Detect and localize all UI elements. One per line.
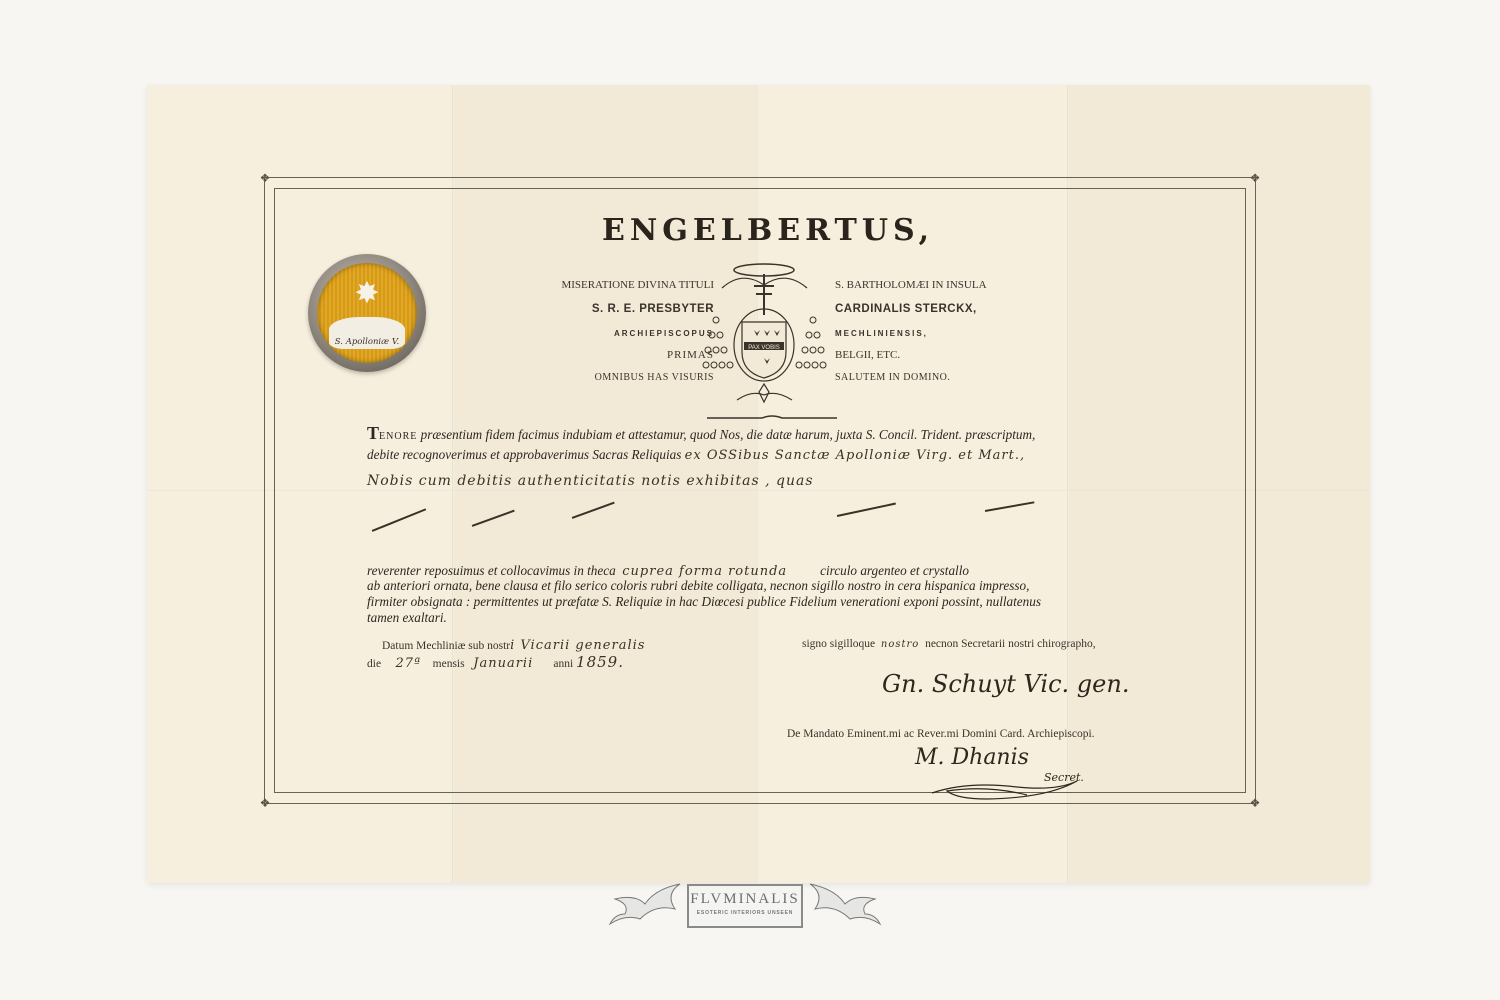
handwritten-relic-name: ex OSSibus Sanctæ Apolloniæ Virg. et Mar… bbox=[685, 448, 1025, 463]
header-left-line: S. R. E. PRESBYTER bbox=[524, 303, 714, 315]
body-line-6: ab anteriori ornata, bene clausa et filo… bbox=[367, 578, 1029, 594]
body-line-7: firmiter obsignata : permittentes ut præ… bbox=[367, 594, 1041, 610]
handwritten-year: 1859. bbox=[576, 653, 624, 671]
star-icon: ✸ bbox=[352, 279, 382, 309]
body-line-5: reverenter reposuimus et collocavimus in… bbox=[367, 563, 969, 579]
signature-paraph bbox=[927, 773, 1087, 803]
secretary-signature: M. Dhanis bbox=[915, 745, 1029, 770]
handwritten-day: 27ª bbox=[395, 656, 421, 671]
reliquary-label: S. Apolloniæ V. bbox=[329, 317, 405, 349]
header-right-line: BELGII, ETC. bbox=[835, 349, 900, 361]
corner-ornament-icon: ❖ bbox=[258, 796, 272, 810]
date-line: die 27ª mensis Januarii anni 1859. bbox=[367, 653, 624, 671]
handwritten-month: Januarii bbox=[473, 656, 533, 671]
divider-flourish bbox=[707, 415, 837, 421]
griffin-icon bbox=[805, 874, 885, 934]
header-right-line: MECHLINIENSIS, bbox=[835, 329, 928, 338]
logo-name: FLVMINALIS bbox=[689, 891, 801, 908]
corner-ornament-icon: ❖ bbox=[1248, 171, 1262, 185]
corner-ornament-icon: ❖ bbox=[1248, 796, 1262, 810]
header-left-line: PRIMAS bbox=[524, 349, 714, 361]
svg-text:PAX VOBIS: PAX VOBIS bbox=[748, 345, 780, 351]
reliquary-theca: ✸ S. Apolloniæ V. bbox=[308, 254, 426, 372]
handwritten-line-3: Nobis cum debitis authenticitatis notis … bbox=[367, 473, 814, 489]
header-left-line: ARCHIEPISCOPUS bbox=[524, 329, 714, 338]
document-title: ENGELBERTUS, bbox=[602, 213, 922, 248]
certificate-document: ❖ ❖ ❖ ❖ ENGELBERTUS, MISERATIONE DIVINA … bbox=[147, 85, 1370, 883]
griffin-icon bbox=[605, 874, 685, 934]
datum-line: Datum Mechliniæ sub nostri Vicarii gener… bbox=[382, 638, 645, 653]
cardinal-coat-of-arms-icon: PAX VOBIS bbox=[702, 260, 827, 425]
mandate-line: De Mandato Eminent.mi ac Rever.mi Domini… bbox=[787, 728, 1095, 740]
header-right-line: S. BARTHOLOMÆI IN INSULA bbox=[835, 279, 987, 291]
header-right-line: SALUTEM IN DOMINO. bbox=[835, 372, 950, 383]
corner-ornament-icon: ❖ bbox=[258, 171, 272, 185]
body-line-2: debite recognoverimus et approbaverimus … bbox=[367, 447, 1025, 463]
body-line-1: TENORE præsentium fidem facimus indubiam… bbox=[367, 423, 1035, 444]
header-left-line: OMNIBUS HAS VISURIS bbox=[524, 372, 714, 383]
handwritten-theca-shape: cuprea forma rotunda bbox=[622, 564, 787, 579]
header-left-line: MISERATIONE DIVINA TITULI bbox=[524, 279, 714, 291]
header-right-line: CARDINALIS STERCKX, bbox=[835, 303, 977, 315]
watermark-logo: FLVMINALIS ESOTERIC INTERIORS UNSEEN bbox=[605, 866, 885, 940]
logo-tagline: ESOTERIC INTERIORS UNSEEN bbox=[689, 910, 801, 916]
logo-plaque: FLVMINALIS ESOTERIC INTERIORS UNSEEN bbox=[687, 884, 803, 928]
reliquary-window: ✸ S. Apolloniæ V. bbox=[317, 263, 417, 363]
signo-line: signo sigilloque nostro necnon Secretari… bbox=[802, 638, 1096, 650]
body-line-8: tamen exaltari. bbox=[367, 610, 447, 626]
vicar-general-signature: Gn. Schuyt Vic. gen. bbox=[882, 670, 1129, 698]
